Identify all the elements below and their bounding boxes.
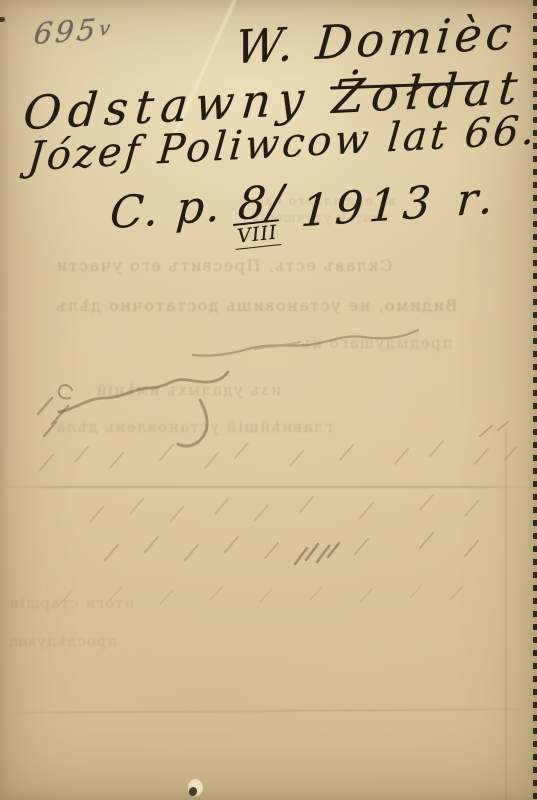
smudge-marks-right	[480, 422, 508, 436]
smudge-tick-row-4	[60, 585, 462, 604]
catalog-number-main: 695	[32, 12, 100, 51]
scan-edge-mark	[0, 17, 5, 22]
smudge-tick-row-3	[105, 533, 478, 560]
vertical-fold-crease	[505, 428, 507, 800]
surname: Domièc	[314, 5, 518, 70]
catalog-number-suffix: v	[98, 17, 114, 40]
smudge-tick-cluster-dark	[295, 543, 339, 564]
smudge-curve	[178, 400, 207, 446]
scan-edge-perforation	[533, 0, 537, 800]
name-prefix: W.	[233, 17, 300, 75]
document-page: въ пришл. его части статьи улучшенiя Скл…	[0, 0, 537, 800]
smudge-tick-row-1	[40, 441, 516, 470]
smudge-tick-row-2	[90, 495, 478, 522]
smudge-wavy-stroke	[193, 330, 418, 356]
catalog-number: 695v	[32, 11, 115, 51]
horizontal-fold-crease	[0, 486, 537, 488]
handwriting-date-month-fraction: VIII	[233, 219, 282, 250]
smudge-hatch	[38, 398, 68, 436]
